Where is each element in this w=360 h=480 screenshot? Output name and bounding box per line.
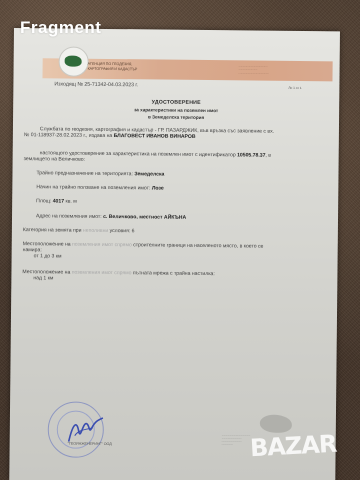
field-value: Земеделска <box>134 171 164 177</box>
document-title: УДОСТОВЕРЕНИЕ за характеристики на позем… <box>13 98 339 121</box>
field-label: Трайно предназначение на територията: <box>36 170 134 177</box>
intro-paragraph: Службата по геодезия, картография и када… <box>24 126 280 141</box>
field-area: Площ: 4017 кв. м <box>36 198 77 204</box>
agency-logo <box>58 46 88 76</box>
field-purpose: Трайно предназначение на територията: Зе… <box>36 170 164 177</box>
location-road: Местоположение на поземления имот спрямо… <box>22 269 278 284</box>
fragment-watermark: Fragment <box>20 18 101 38</box>
field-value: с. Величково, местност АЙКЪНА <box>103 214 186 221</box>
location-settlement-value: от 1 до 3 км <box>23 253 279 262</box>
field-unit: кв. м <box>64 199 77 205</box>
field-label-end: пътната мрежа с трайна настилка: <box>131 270 214 277</box>
location-settlement: Местоположение на поземления имот спрямо… <box>23 241 279 262</box>
field-faded: поземления имот спрямо <box>72 270 132 277</box>
field-label: Категория на земята при <box>23 227 83 234</box>
reference-number: Изходящ № 25-71342-04.03.2023 г. <box>54 81 138 88</box>
field-category: Категория на земята при неполивни услови… <box>23 227 135 234</box>
field-usage: Начин на трайно ползване на поземления и… <box>36 184 163 191</box>
field-label: Адрес на поземления имот: <box>36 213 103 220</box>
field-label: Площ: <box>36 198 53 204</box>
field-value: 4017 <box>53 198 64 204</box>
applicant-name: БЛАГОВЕСТ ИВАНОВ ВИНАРОВ <box>114 133 196 140</box>
certificate-document: АГЕНЦИЯ ПО ГЕОДЕЗИЯ, КАРТОГРАФИЯ И КАДАС… <box>9 28 340 480</box>
bulgaria-map-watermark <box>260 415 292 433</box>
property-identifier: 10505.78.37 <box>237 152 265 158</box>
bazar-watermark: BAZAR <box>249 430 337 462</box>
field-faded: неполивни <box>83 228 108 234</box>
field-label: Начин на трайно ползване на поземления и… <box>36 184 152 191</box>
field-value: Лозе <box>152 185 164 191</box>
page-number: Лн 1 от 1 <box>288 86 301 90</box>
identifier-paragraph: настоящото удостоверение за характеристи… <box>24 150 280 165</box>
bulgaria-map-icon <box>65 56 82 67</box>
field-faded: поземления имот спрямо <box>72 242 132 249</box>
field-value: условия: 6 <box>108 228 134 234</box>
title-sub-2: в Земеделска територия <box>13 113 339 121</box>
field-address: Адрес на поземления имот: с. Величково, … <box>36 213 186 221</box>
company-name: "ГЕОИНЖЕНЕРИНГ" ООД <box>68 442 112 446</box>
agency-name: АГЕНЦИЯ ПО ГЕОДЕЗИЯ, КАРТОГРАФИЯ И КАДАС… <box>88 62 138 72</box>
agency-contacts: ........................................… <box>239 64 269 75</box>
